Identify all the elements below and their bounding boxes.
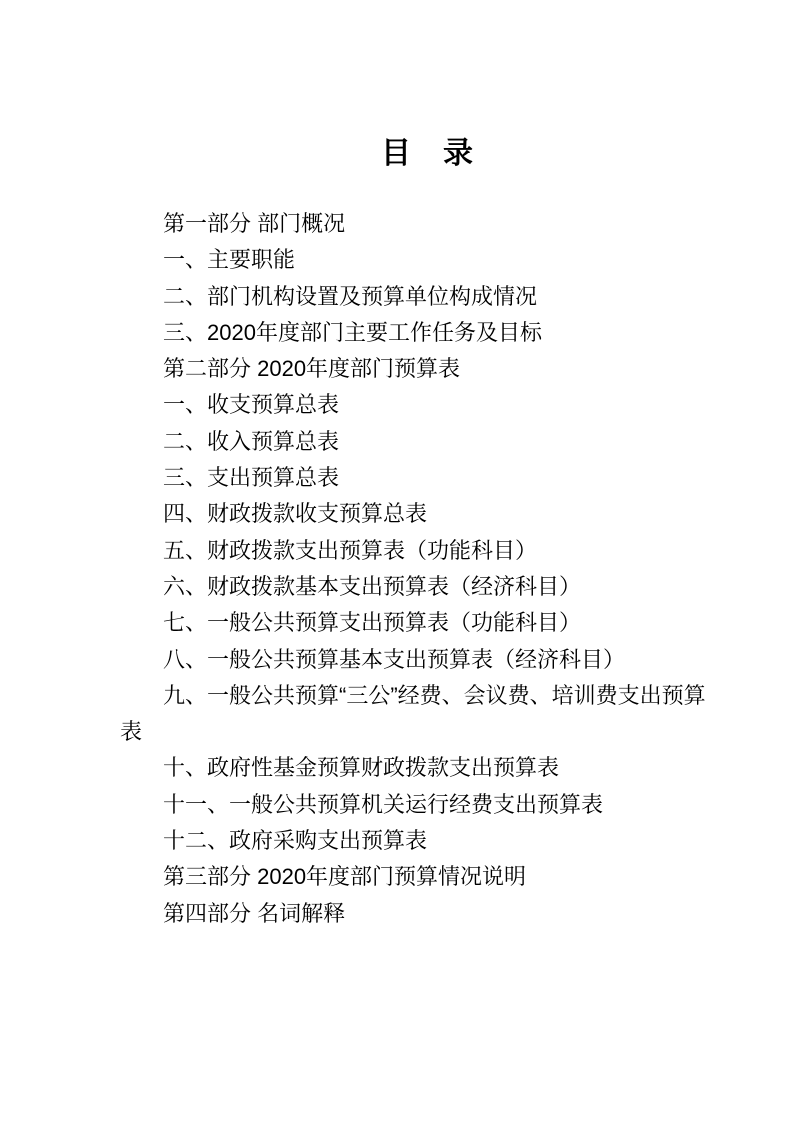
page-title: 目 录 [120,135,675,173]
document-page: 目 录 第一部分 部门概况 一、主要职能 二、部门机构设置及预算单位构成情况 三… [0,0,794,1123]
toc-line: 七、一般公共预算支出预算表（功能科目） [120,605,675,641]
toc-line: 十一、一般公共预算机关运行经费支出预算表 [120,787,675,823]
toc-line: 第三部分 2020年度部门预算情况说明 [120,859,675,895]
table-of-contents: 第一部分 部门概况 一、主要职能 二、部门机构设置及预算单位构成情况 三、202… [120,206,675,932]
toc-line: 一、主要职能 [120,242,675,278]
toc-line: 三、2020年度部门主要工作任务及目标 [120,315,675,351]
toc-line: 四、财政拨款收支预算总表 [120,496,675,532]
toc-line: 一、收支预算总表 [120,387,675,423]
toc-line: 三、支出预算总表 [120,460,675,496]
toc-line: 二、收入预算总表 [120,424,675,460]
toc-line: 第四部分 名词解释 [120,896,675,932]
toc-line: 表 [120,714,675,750]
toc-line: 第二部分 2020年度部门预算表 [120,351,675,387]
toc-line: 十、政府性基金预算财政拨款支出预算表 [120,750,675,786]
toc-line: 八、一般公共预算基本支出预算表（经济科目） [120,642,675,678]
toc-line: 九、一般公共预算“三公”经费、会议费、培训费支出预算 [120,678,675,714]
toc-line: 十二、政府采购支出预算表 [120,823,675,859]
toc-line: 第一部分 部门概况 [120,206,675,242]
toc-line: 二、部门机构设置及预算单位构成情况 [120,279,675,315]
toc-line: 五、财政拨款支出预算表（功能科目） [120,533,675,569]
toc-line: 六、财政拨款基本支出预算表（经济科目） [120,569,675,605]
